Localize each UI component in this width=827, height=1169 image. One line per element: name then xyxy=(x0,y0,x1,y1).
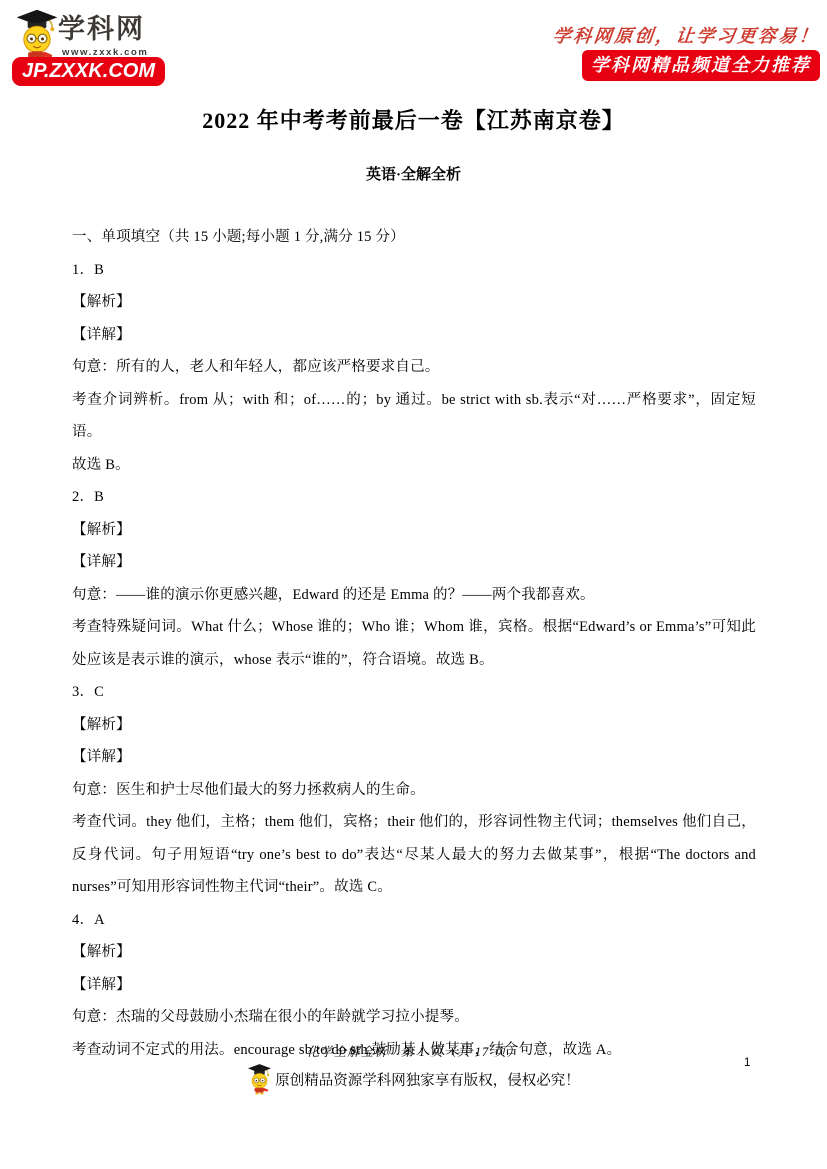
analysis-label: 【解析】 xyxy=(72,936,756,969)
logo-badge: JP.ZXXK.COM xyxy=(12,57,165,86)
brand-slogan: 学科网原创，让学习更容易！ xyxy=(551,22,820,48)
section-heading: 一、单项填空（共 15 小题;每小题 1 分,满分 15 分） xyxy=(72,221,756,254)
page-number: 1 xyxy=(744,1057,750,1069)
question-answer: 1．B xyxy=(72,254,756,287)
zxxk-mascot-icon xyxy=(14,8,60,64)
detail-label: 【详解】 xyxy=(72,319,756,352)
explanation-line: 考查代词。they 他们，主格；them 他们，宾格；their 他们的，形容词… xyxy=(72,806,756,904)
explanation-line: 句意：——谁的演示你更感兴趣，Edward 的还是 Emma 的？——两个我都喜… xyxy=(72,579,756,612)
detail-label: 【详解】 xyxy=(72,741,756,774)
detail-label: 【详解】 xyxy=(72,546,756,579)
zxxk-mascot-icon xyxy=(247,1060,272,1098)
explanation-line: 考查介词辨析。from 从；with 和；of……的；by 通过。be stri… xyxy=(72,384,756,449)
analysis-label: 【解析】 xyxy=(72,709,756,742)
analysis-label: 【解析】 xyxy=(72,514,756,547)
footer-page-info: 化学全解全析 第 1 页（共 17 页） xyxy=(0,1042,827,1060)
question-answer: 4．A xyxy=(72,904,756,937)
explanation-line: 句意：所有的人，老人和年轻人，都应该严格要求自己。 xyxy=(72,351,756,384)
explanation-line: 故选 B。 xyxy=(72,449,756,482)
promo-banner: 学科网精品频道全力推荐 xyxy=(582,50,820,81)
questions: 1．B【解析】【详解】句意：所有的人，老人和年轻人，都应该严格要求自己。考查介词… xyxy=(72,254,756,1067)
question-answer: 3．C xyxy=(72,676,756,709)
logo-site-name: 学科网 xyxy=(58,14,145,44)
analysis-label: 【解析】 xyxy=(72,286,756,319)
question-block: 3．C【解析】【详解】句意：医生和护士尽他们最大的努力拯救病人的生命。考查代词。… xyxy=(72,676,756,904)
question-block: 2．B【解析】【详解】句意：——谁的演示你更感兴趣，Edward 的还是 Emm… xyxy=(72,481,756,676)
zxxk-logo: 学科网 www.zxxk.com JP.ZXXK.COM xyxy=(12,6,212,96)
question-block: 1．B【解析】【详解】句意：所有的人，老人和年轻人，都应该严格要求自己。考查介词… xyxy=(72,254,756,482)
explanation-line: 句意：杰瑞的父母鼓励小杰瑞在很小的年龄就学习拉小提琴。 xyxy=(72,1001,756,1034)
explanation-line: 考查特殊疑问词。What 什么；Whose 谁的；Who 谁；Whom 谁，宾格… xyxy=(72,611,756,676)
page-title: 2022 年中考考前最后一卷【江苏南京卷】 xyxy=(0,104,827,135)
detail-label: 【详解】 xyxy=(72,969,756,1002)
footer-copyright: 原创精品资源学科网独家享有版权，侵权必究！ xyxy=(0,1060,827,1098)
document-body: 一、单项填空（共 15 小题;每小题 1 分,满分 15 分） 1．B【解析】【… xyxy=(72,221,756,1066)
explanation-line: 句意：医生和护士尽他们最大的努力拯救病人的生命。 xyxy=(72,774,756,807)
question-answer: 2．B xyxy=(72,481,756,514)
page-subtitle: 英语·全解全析 xyxy=(0,163,827,184)
copyright-text: 原创精品资源学科网独家享有版权，侵权必究！ xyxy=(275,1069,580,1090)
